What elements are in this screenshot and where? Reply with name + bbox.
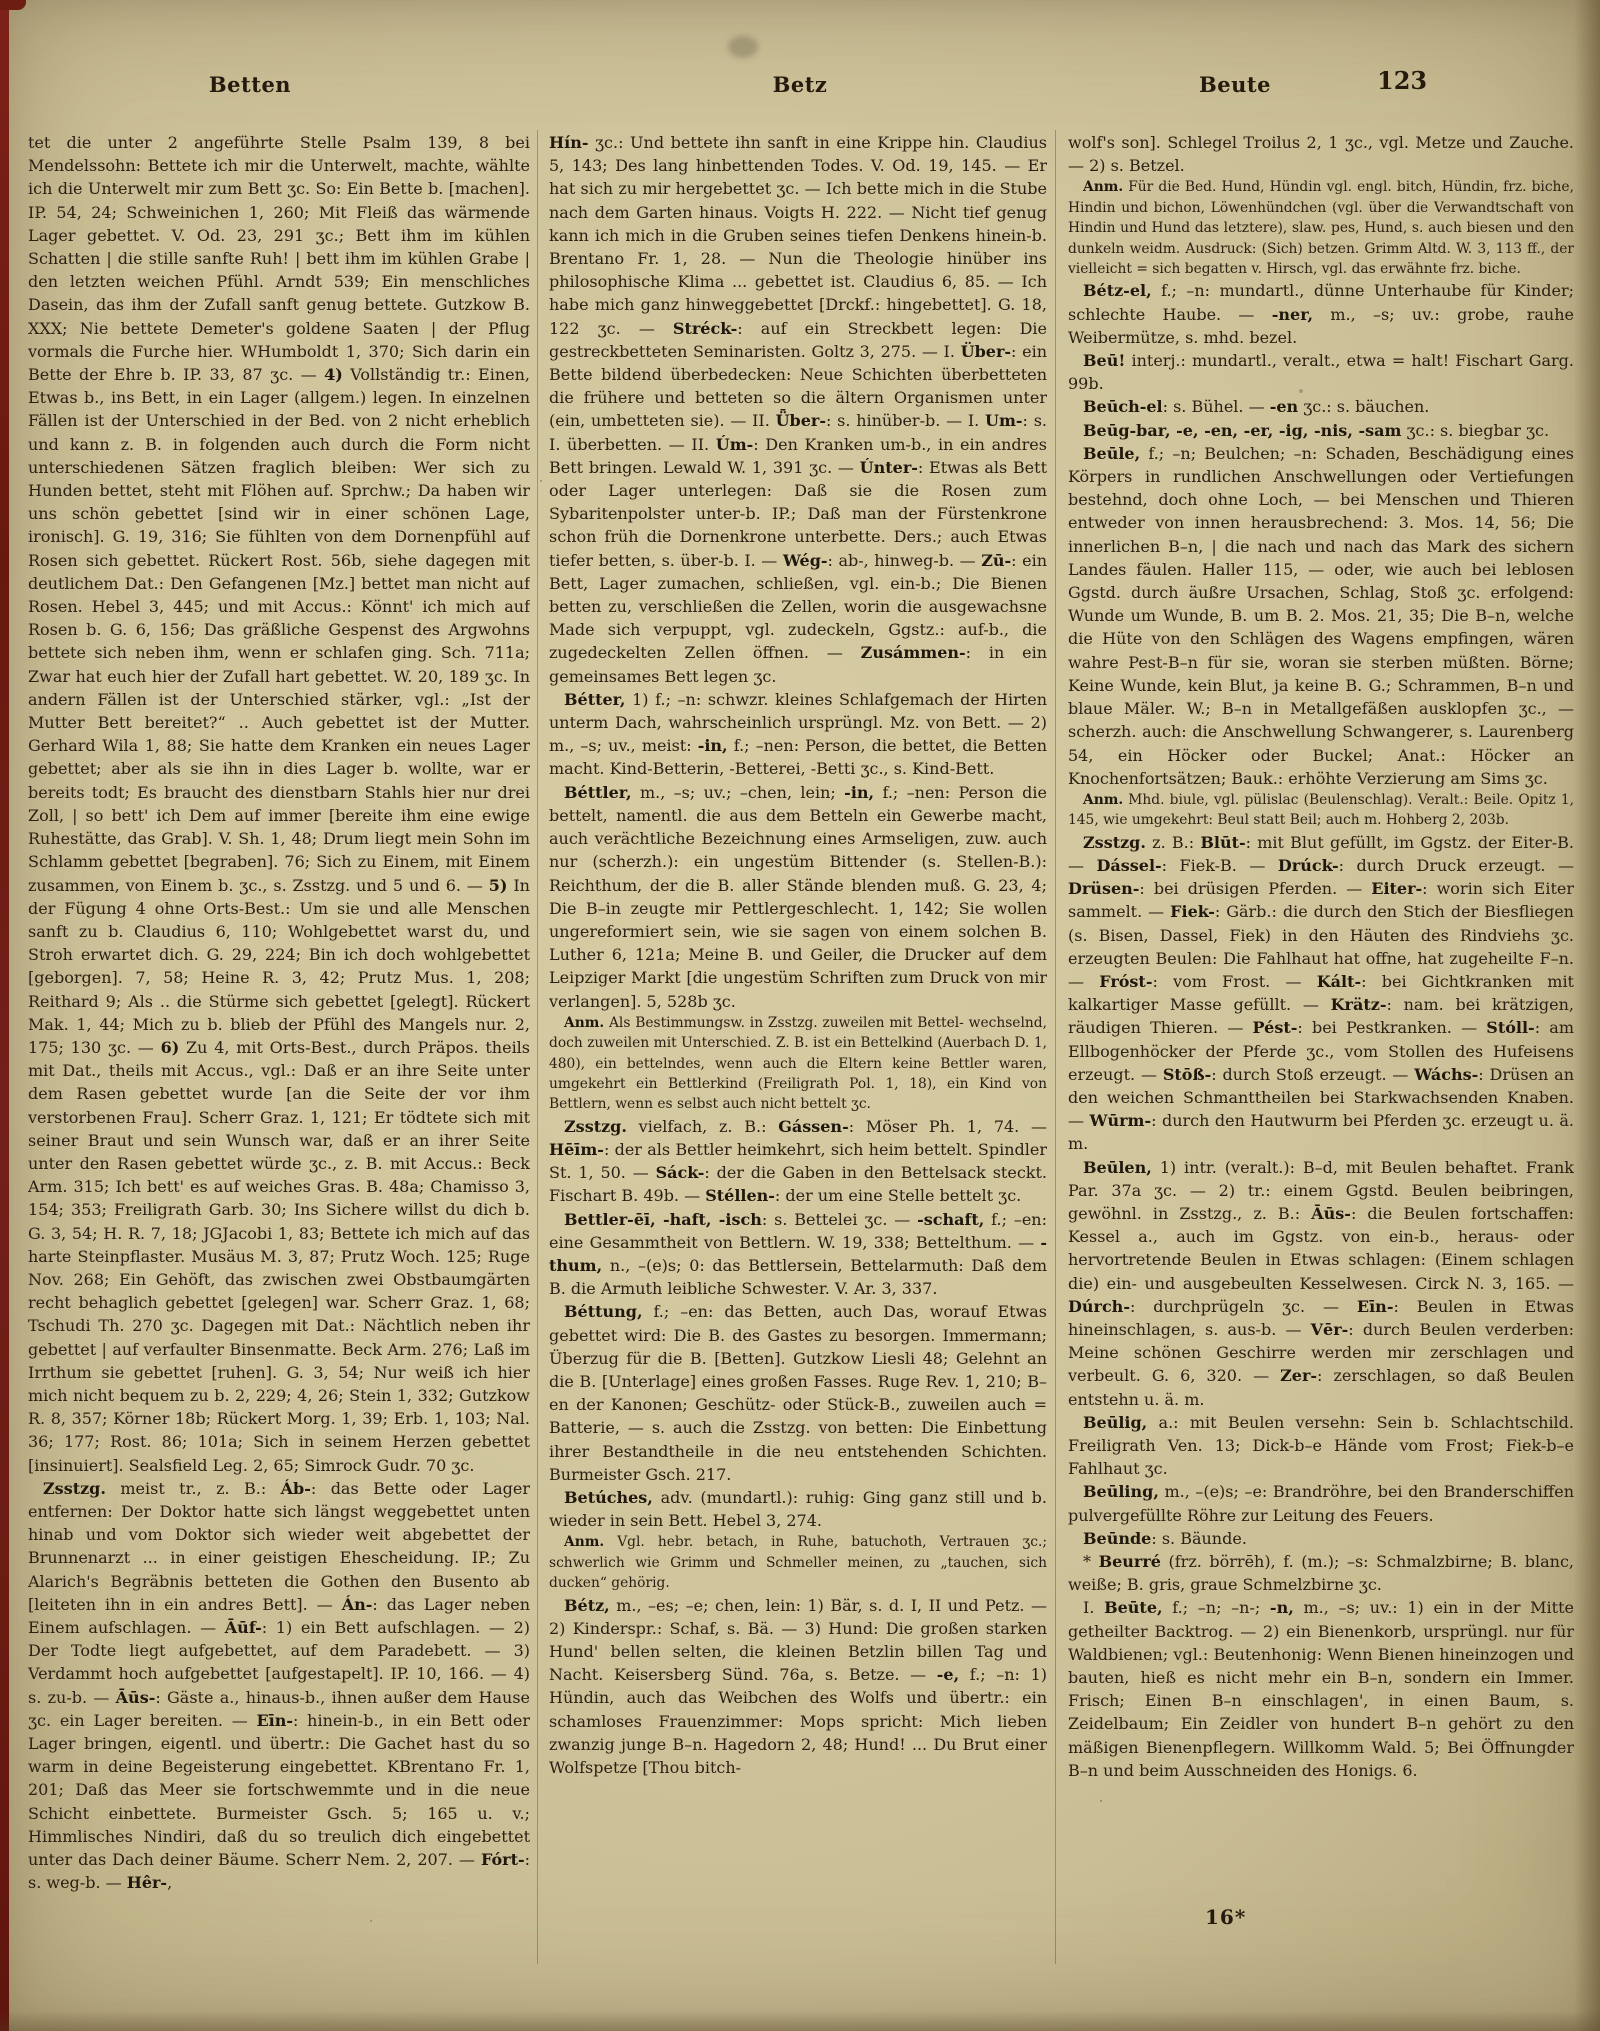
headword: Vēr- <box>1311 1320 1349 1339</box>
headword: Sáck- <box>656 1163 705 1182</box>
headword: Beūlen, <box>1083 1158 1152 1177</box>
headword: Stéllen- <box>705 1186 775 1205</box>
headword: Anm. <box>564 1534 604 1550</box>
headword: Hēīm- <box>549 1140 604 1159</box>
text-run: Vollständig tr.: Einen, Etwas b., ins Be… <box>28 365 530 894</box>
headword: Um- <box>985 411 1023 430</box>
headword: Beūling, <box>1083 1482 1159 1501</box>
headword: Únter- <box>860 458 918 477</box>
text-run: : hinein-b., in ein Bett oder Lager brin… <box>28 1711 530 1869</box>
text-run: Mhd. biule, vgl. pülislac (Beulenschlag)… <box>1068 792 1574 828</box>
headword: Bétz, <box>564 1596 610 1615</box>
headword: Án- <box>342 1595 373 1614</box>
entry-paragraph: Anm. Für die Bed. Hund, Hündin vgl. engl… <box>1068 177 1574 279</box>
headword: Stréck- <box>673 319 737 338</box>
headword: Über- <box>961 342 1011 361</box>
text-run: interj.: mundartl., veralt., etwa = halt… <box>1068 351 1574 393</box>
text-run: I. <box>1083 1598 1104 1617</box>
headword: Anm. <box>564 1015 604 1031</box>
text-run: : bei drüsigen Pferden. — <box>1139 879 1371 898</box>
entry-paragraph: Hín- ʒc.: Und bettete ihn sanft in eine … <box>549 131 1047 688</box>
text-run: In der Fügung 4 ohne Orts-Best.: Um sie … <box>28 876 530 1057</box>
entry-paragraph: Beūg-bar, -e, -en, -er, -ig, -nis, -sam … <box>1068 419 1574 442</box>
headword: Áb- <box>281 1479 311 1498</box>
entry-paragraph: I. Beūte, f.; –n; –n-; -n, m., –s; uv.: … <box>1068 1596 1574 1782</box>
headword: Zsstzg. <box>1083 833 1146 852</box>
text-run: ʒc.: s. bäuchen. <box>1298 397 1429 416</box>
page-edge-shadow-bottom <box>0 2011 1600 2031</box>
headword: Beurré <box>1099 1552 1161 1571</box>
text-run: f.; –n; –n-; <box>1163 1598 1270 1617</box>
entry-paragraph: Anm. Als Bestimmungsw. in Zsstzg. zuweil… <box>549 1013 1047 1115</box>
scanned-dictionary-page: Betten Betz Beute 123 tet die unter 2 an… <box>0 0 1600 2031</box>
headword: Anm. <box>1083 179 1123 195</box>
headword: Krätz- <box>1331 995 1387 1014</box>
text-run: f.; –en: das Betten, auch Das, worauf Et… <box>549 1302 1047 1483</box>
entry-paragraph: Beūling, m., –(e)s; –e: Brandröhre, bei … <box>1068 1480 1574 1526</box>
text-run: : bei Pestkranken. — <box>1297 1018 1486 1037</box>
headword: Wég- <box>783 551 828 570</box>
entry-paragraph: tet die unter 2 angeführte Stelle Psalm … <box>28 131 530 1477</box>
entry-paragraph: Beūle, f.; –n; Beulchen; –n: Schaden, Be… <box>1068 442 1574 790</box>
headword: Betúches, <box>564 1488 653 1507</box>
text-run: Zu 4, mit Orts-Best., durch Präpos. thei… <box>28 1038 530 1475</box>
headword: Zusámmen- <box>861 643 966 662</box>
column-left: tet die unter 2 angeführte Stelle Psalm … <box>28 131 530 1976</box>
headword: Beūte, <box>1104 1598 1162 1617</box>
text-run: : vom Frost. — <box>1152 972 1316 991</box>
text-run: wolf's son]. Schlegel Troilus 2, 1 ʒc., … <box>1068 133 1574 175</box>
text-run: tet die unter 2 angeführte Stelle Psalm … <box>28 133 530 384</box>
column-divider-right <box>1055 130 1056 1964</box>
entry-paragraph: Zsstzg. vielfach, z. B.: Gássen-: Möser … <box>549 1115 1047 1208</box>
running-head-right: Beute <box>1199 72 1271 97</box>
entry-paragraph: Anm. Mhd. biule, vgl. pülislac (Beulensc… <box>1068 790 1574 831</box>
headword: -ner, <box>1272 305 1313 324</box>
headword: -en <box>1270 397 1298 416</box>
entry-paragraph: Béttung, f.; –en: das Betten, auch Das, … <box>549 1300 1047 1486</box>
entry-paragraph: Zsstzg. meist tr., z. B.: Áb-: das Bette… <box>28 1477 530 1895</box>
headword: Beūg-bar, -e, -en, -er, -ig, -nis, -sam <box>1083 421 1401 440</box>
text-run: : der um eine Stelle bettelt ʒc. <box>775 1186 1021 1205</box>
headword: Stóll- <box>1486 1018 1534 1037</box>
headword: Bétz-el, <box>1083 281 1152 300</box>
headword: Blūt- <box>1200 833 1245 852</box>
headword: Béttler, <box>564 783 632 802</box>
entry-paragraph: Bétter, 1) f.; –n: schwzr. kleines Schla… <box>549 688 1047 781</box>
text-run: : durchprügeln ʒc. — <box>1130 1297 1357 1316</box>
headword: Fórt- <box>481 1850 525 1869</box>
headword: Āūs- <box>1311 1204 1351 1223</box>
entry-paragraph: Anm. Vgl. hebr. betach, in Ruhe, batucho… <box>549 1532 1047 1593</box>
headword: Wáchs- <box>1414 1065 1478 1084</box>
page-number: 123 <box>1377 66 1427 95</box>
headword: 6) <box>161 1038 180 1057</box>
text-run: : s. Bäunde. <box>1151 1529 1247 1548</box>
text-run: n., –(e)s; 0: das Bettlersein, Bettelarm… <box>549 1256 1047 1298</box>
text-run: z. B.: <box>1146 833 1200 852</box>
entry-paragraph: Beūlen, 1) intr. (veralt.): B–d, mit Beu… <box>1068 1156 1574 1411</box>
headword: Ǖber- <box>776 411 826 430</box>
text-run: : s. Bettelei ʒc. — <box>762 1210 917 1229</box>
headword: Wūrm- <box>1089 1111 1151 1130</box>
text-run: ʒc.: Und bettete ihn sanft in eine Kripp… <box>549 133 1047 338</box>
headword: -in, <box>698 736 728 755</box>
text-run: : das Bette oder Lager entfernen: Der Do… <box>28 1479 530 1614</box>
text-run: Vgl. hebr. betach, in Ruhe, batuchoth, V… <box>549 1534 1047 1591</box>
headword: Drüsen- <box>1068 879 1139 898</box>
text-run: : durch Druck erzeugt. — <box>1339 856 1574 875</box>
text-run: f.; –nen: Person die bettelt, namentl. d… <box>549 783 1047 1011</box>
text-run: Als Bestimmungsw. in Zsstzg. zuweilen mi… <box>549 1015 1047 1113</box>
headword: Pést- <box>1253 1018 1298 1037</box>
headword: Bétter, <box>564 690 626 709</box>
headword: Gássen- <box>778 1117 849 1136</box>
headword: 4) <box>324 365 343 384</box>
text-run: ʒc.: s. biegbar ʒc. <box>1401 421 1549 440</box>
column-right: wolf's son]. Schlegel Troilus 2, 1 ʒc., … <box>1068 131 1574 1976</box>
headword: Hín- <box>549 133 588 152</box>
text-run: meist tr., z. B.: <box>106 1479 281 1498</box>
headword: Dássel- <box>1097 856 1162 875</box>
text-run: m., –s; uv.: 1) ein in der Mitte getheil… <box>1068 1598 1574 1779</box>
headword: Eīn- <box>256 1711 293 1730</box>
column-middle: Hín- ʒc.: Und bettete ihn sanft in eine … <box>549 131 1047 1976</box>
headword: Zsstzg. <box>564 1117 627 1136</box>
entry-paragraph: * Beurré (frz. börrēh), f. (m.); –s: Sch… <box>1068 1550 1574 1596</box>
page-edge-shadow-right <box>1574 0 1600 2031</box>
text-run: : s. hinüber-b. — I. <box>826 411 985 430</box>
text-run: Für die Bed. Hund, Hündin vgl. engl. bit… <box>1068 179 1574 277</box>
text-run: m., –s; uv.; –chen, lein; <box>632 783 845 802</box>
headword: Beū! <box>1083 351 1125 370</box>
text-run: : Fiek-B. — <box>1162 856 1278 875</box>
headword: Zsstzg. <box>43 1479 106 1498</box>
entry-paragraph: Beū! interj.: mundartl., veralt., etwa =… <box>1068 349 1574 395</box>
headword: Hêr- <box>127 1873 167 1892</box>
headword: -e, <box>937 1665 959 1684</box>
entry-paragraph: Bettler-ēī, -haft, -isch: s. Bettelei ʒc… <box>549 1208 1047 1301</box>
headword: Úm- <box>716 435 754 454</box>
column-divider-left <box>537 130 538 1964</box>
headword: Béttung, <box>564 1302 643 1321</box>
text-run: : Möser Ph. 1, 74. — <box>849 1117 1047 1136</box>
headword: Drúck- <box>1278 856 1339 875</box>
headword: Āūf- <box>225 1618 262 1637</box>
entry-paragraph: wolf's son]. Schlegel Troilus 2, 1 ʒc., … <box>1068 131 1574 177</box>
headword: Eiter- <box>1371 879 1422 898</box>
headword: Zū- <box>981 551 1011 570</box>
headword: Dúrch- <box>1068 1297 1130 1316</box>
running-head-left: Betten <box>209 72 291 97</box>
text-run: vielfach, z. B.: <box>627 1117 778 1136</box>
headword: Beūlig, <box>1083 1413 1147 1432</box>
book-edge-red-strip <box>0 0 9 2031</box>
sheet-signature: 16* <box>1205 1905 1246 1929</box>
entry-paragraph: Béttler, m., –s; uv.; –chen, lein; -in, … <box>549 781 1047 1013</box>
text-run: , <box>167 1873 172 1892</box>
entry-paragraph: Betúches, adv. (mundartl.): ruhig: Ging … <box>549 1486 1047 1532</box>
entry-paragraph: Zsstzg. z. B.: Blūt-: mit Blut gefüllt, … <box>1068 831 1574 1156</box>
entry-paragraph: Beūlig, a.: mit Beulen versehn: Sein b. … <box>1068 1411 1574 1481</box>
text-run: : s. Bühel. — <box>1163 397 1270 416</box>
scan-smudge <box>728 36 758 58</box>
running-head-middle: Betz <box>773 72 828 97</box>
text-run: : durch Stoß erzeugt. — <box>1211 1065 1414 1084</box>
headword: Anm. <box>1083 792 1123 808</box>
entry-paragraph: Bétz-el, f.; –n: mundartl., dünne Unterh… <box>1068 279 1574 349</box>
headword: Beūnde <box>1083 1529 1151 1548</box>
headword: Eīn- <box>1357 1297 1394 1316</box>
headword: -schaft, <box>917 1210 984 1229</box>
headword: 5) <box>489 876 508 895</box>
headword: -n, <box>1270 1598 1294 1617</box>
text-run: : ab-, hinweg-b. — <box>828 551 982 570</box>
book-edge-red-corner <box>0 0 26 10</box>
text-run: * <box>1083 1552 1099 1571</box>
headword: Fróst- <box>1099 972 1152 991</box>
headword: Kált- <box>1317 972 1361 991</box>
entry-paragraph: Bétz, m., –es; –e; chen, lein: 1) Bär, s… <box>549 1594 1047 1780</box>
headword: Bettler-ēī, -haft, -isch <box>564 1210 762 1229</box>
headword: Āūs- <box>116 1688 156 1707</box>
entry-paragraph: Beūch-el: s. Bühel. — -en ʒc.: s. bäuche… <box>1068 395 1574 418</box>
headword: Zer- <box>1280 1366 1317 1385</box>
headword: Beūle, <box>1083 444 1140 463</box>
entry-paragraph: Beūnde: s. Bäunde. <box>1068 1527 1574 1550</box>
text-run: f.; –n; Beulchen; –n: Schaden, Beschädig… <box>1068 444 1574 788</box>
headword: Fiek- <box>1170 902 1215 921</box>
headword: Stōß- <box>1163 1065 1211 1084</box>
headword: -in, <box>844 783 874 802</box>
headword: Beūch-el <box>1083 397 1163 416</box>
